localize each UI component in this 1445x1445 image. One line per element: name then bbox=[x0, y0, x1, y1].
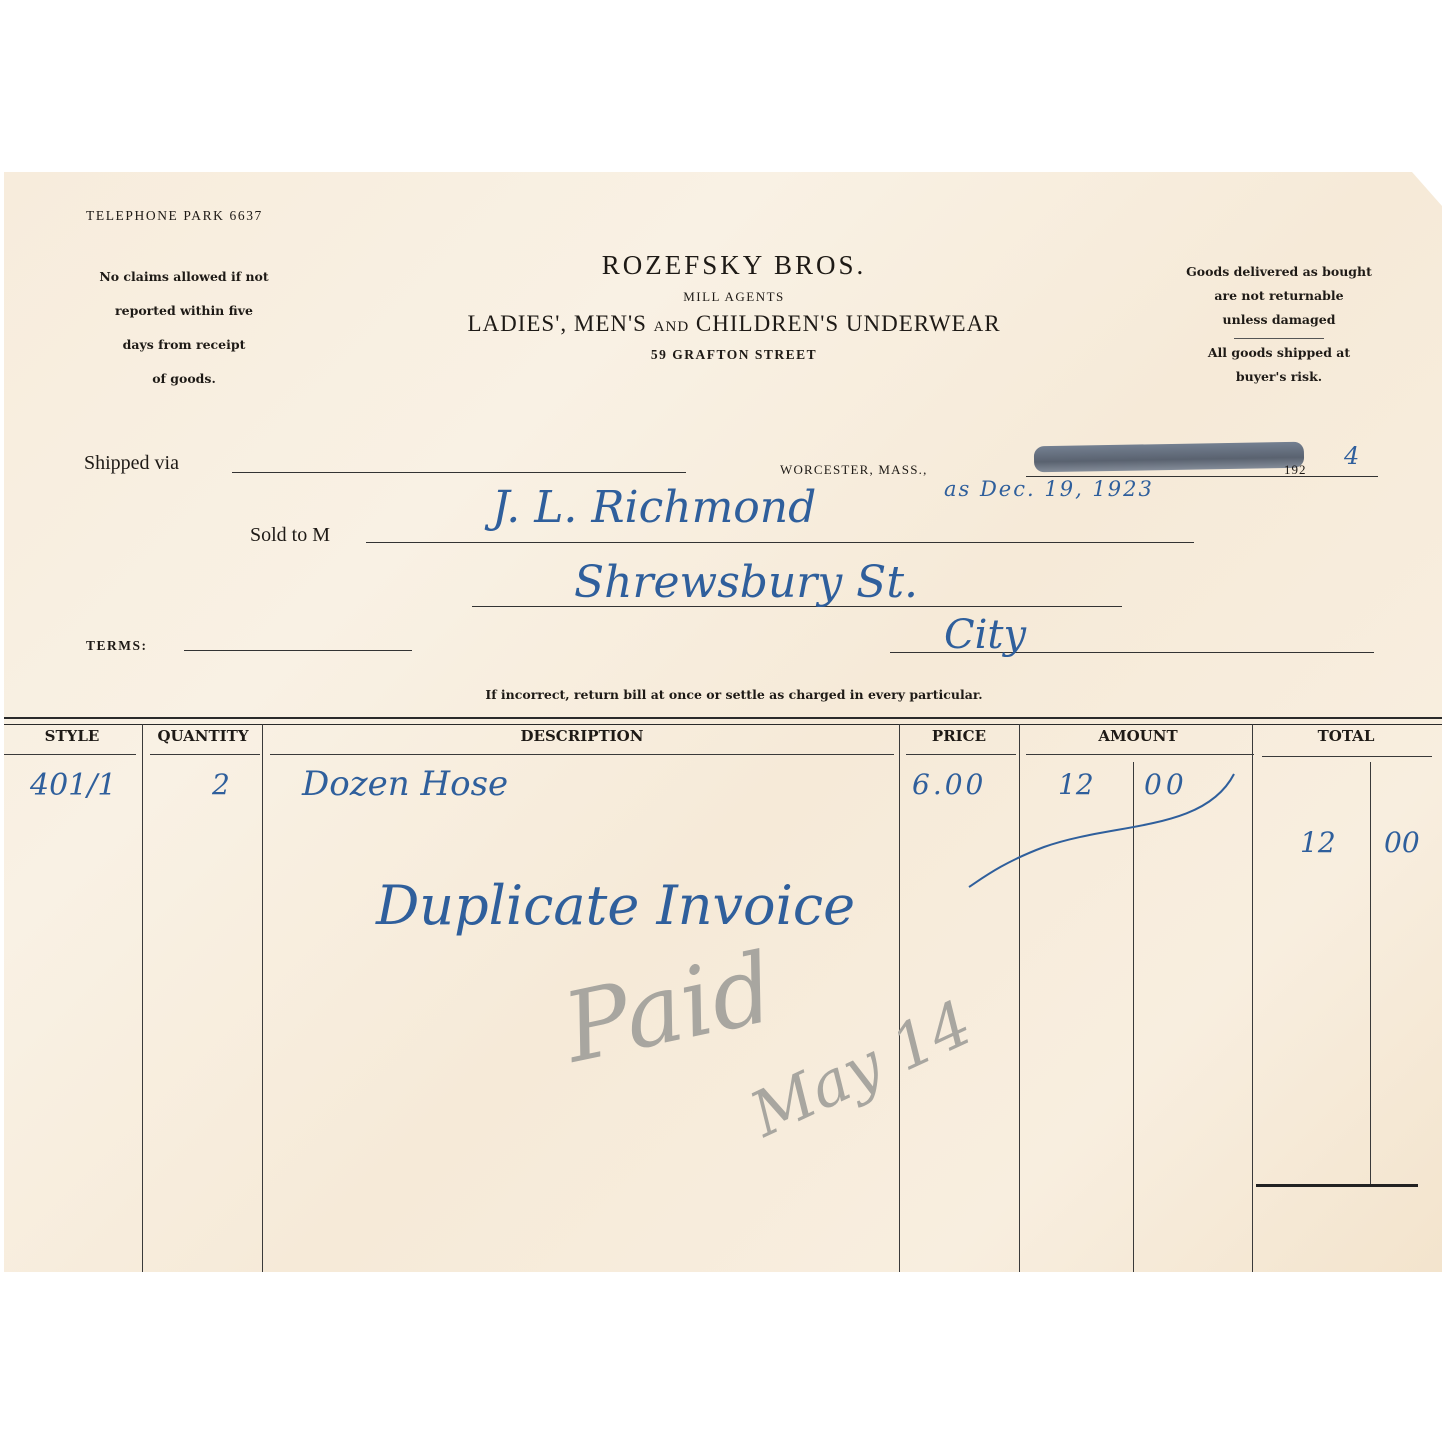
header-underline bbox=[906, 754, 1016, 755]
risk-notice-line: buyer's risk. bbox=[1164, 365, 1394, 389]
row-quantity: 2 bbox=[212, 768, 230, 801]
terms-field[interactable] bbox=[184, 650, 412, 651]
sold-to-street: Shrewsbury St. bbox=[574, 557, 918, 608]
column-header-price: PRICE bbox=[900, 727, 1018, 745]
header-underline bbox=[150, 754, 260, 755]
product-line-1: LADIES', MEN'S bbox=[467, 311, 646, 336]
table-top-rule bbox=[4, 717, 1442, 725]
total-cents: 00 bbox=[1384, 826, 1420, 859]
returns-notice: Goods delivered as bought are not return… bbox=[1164, 260, 1394, 389]
total-dollars: 12 bbox=[1300, 826, 1336, 859]
year-suffix-handwritten: 4 bbox=[1344, 442, 1359, 470]
sold-to-city: City bbox=[944, 612, 1026, 658]
claims-notice-line: of goods. bbox=[84, 362, 284, 396]
column-header-amount: AMOUNT bbox=[1020, 727, 1256, 745]
column-divider bbox=[899, 724, 900, 1272]
column-divider bbox=[1252, 724, 1253, 1272]
row-description: Dozen Hose bbox=[302, 764, 508, 804]
header-underline bbox=[270, 754, 894, 755]
terms-label: TERMS: bbox=[86, 638, 148, 654]
product-lines: LADIES', MEN'S AND CHILDREN'S UNDERWEAR bbox=[244, 311, 1224, 337]
header-underline bbox=[1026, 754, 1254, 755]
paid-pencil-annotation: Paid bbox=[555, 931, 783, 1084]
total-underline bbox=[1256, 1184, 1418, 1187]
date-handwritten: as Dec. 19, 1923 bbox=[944, 477, 1154, 501]
risk-notice-line: All goods shipped at bbox=[1164, 341, 1394, 365]
company-subtitle: MILL AGENTS bbox=[244, 289, 1224, 305]
column-divider bbox=[142, 724, 143, 1272]
column-header-quantity: QUANTITY bbox=[144, 727, 262, 745]
cents-divider bbox=[1370, 762, 1371, 1186]
column-header-style: STYLE bbox=[4, 727, 140, 745]
notice-divider bbox=[1234, 338, 1324, 339]
sold-to-field[interactable] bbox=[366, 542, 1194, 543]
company-address: 59 GRAFTON STREET bbox=[244, 347, 1224, 363]
returns-notice-line: unless damaged bbox=[1164, 308, 1394, 332]
struck-out-date bbox=[1034, 442, 1304, 473]
company-name: ROZEFSKY BROS. bbox=[244, 250, 1224, 281]
row-style: 401/1 bbox=[30, 768, 116, 803]
header-underline bbox=[1262, 756, 1432, 757]
letterhead-center: ROZEFSKY BROS. MILL AGENTS LADIES', MEN'… bbox=[244, 250, 1224, 363]
shipped-via-label: Shipped via bbox=[84, 452, 179, 475]
column-header-total: TOTAL bbox=[1258, 727, 1434, 745]
duplicate-invoice-annotation: Duplicate Invoice bbox=[376, 874, 855, 937]
correction-warning: If incorrect, return bill at once or set… bbox=[304, 687, 1164, 702]
sold-to-label: Sold to M bbox=[250, 524, 330, 547]
header-underline bbox=[4, 754, 136, 755]
invoice-paper: TELEPHONE PARK 6637 No claims allowed if… bbox=[4, 172, 1442, 1272]
product-line-and: AND bbox=[654, 319, 690, 335]
column-header-description: DESCRIPTION bbox=[264, 727, 900, 745]
column-divider bbox=[262, 724, 263, 1272]
year-prefix: 192 bbox=[1284, 462, 1307, 478]
check-mark-stroke bbox=[964, 772, 1244, 892]
location-label: WORCESTER, MASS., bbox=[780, 462, 928, 478]
shipped-via-field[interactable] bbox=[232, 472, 686, 473]
telephone-number: TELEPHONE PARK 6637 bbox=[86, 208, 263, 224]
returns-notice-line: Goods delivered as bought bbox=[1164, 260, 1394, 284]
product-line-2: CHILDREN'S UNDERWEAR bbox=[696, 311, 1001, 336]
sold-to-name: J. L. Richmond bbox=[492, 482, 816, 533]
returns-notice-line: are not returnable bbox=[1164, 284, 1394, 308]
torn-corner bbox=[1412, 172, 1442, 206]
